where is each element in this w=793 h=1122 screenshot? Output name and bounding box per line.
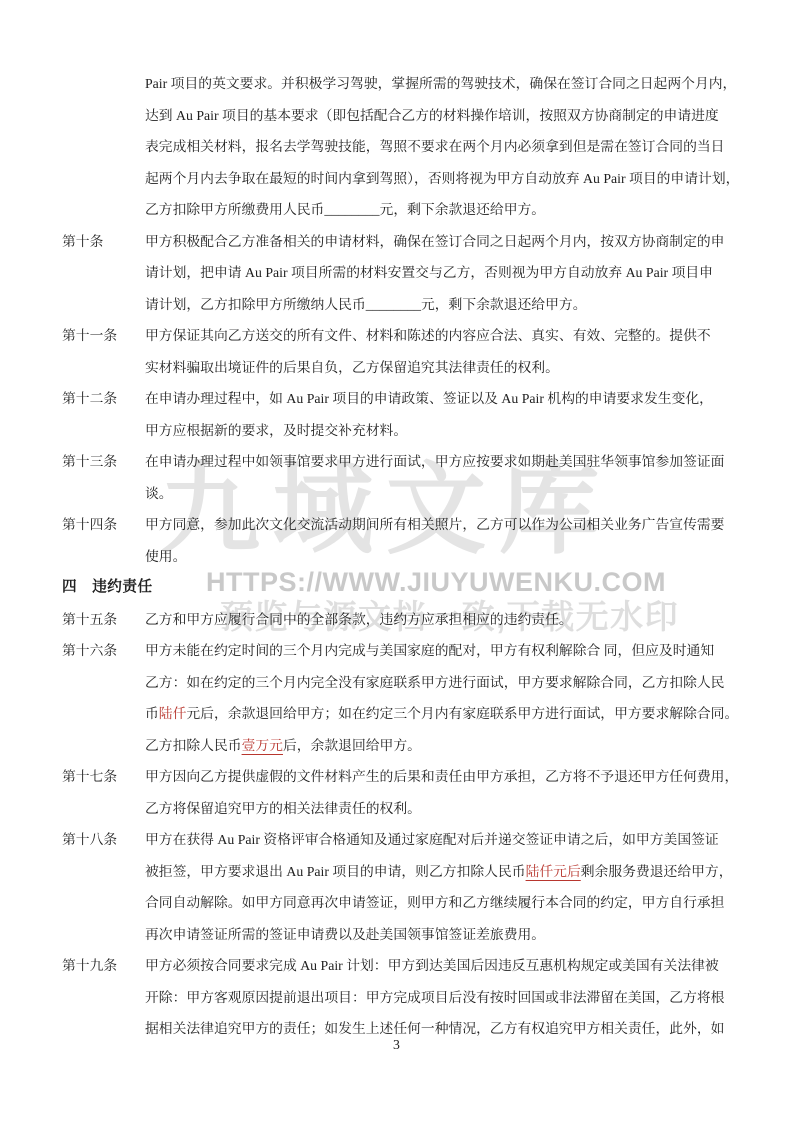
- text-segment: 表完成相关材料，报名去学驾驶技能，驾照不要求在两个月内必须拿到但是需在签订合同的…: [145, 139, 724, 154]
- clause-line: 再次申请签证所需的签证申请费以及赴美国领事馆签证差旅费用。: [145, 919, 752, 951]
- section-heading: 四 违约责任: [62, 572, 752, 604]
- text-segment: 在申请办理过程中，如 Au Pair 项目的申请政策、签证以及 Au Pair …: [145, 391, 713, 406]
- clause-line: 请计划，乙方扣除甲方所缴纳人民币________元，剩下余款退还给甲方。: [145, 289, 752, 321]
- clause-label: 第十九条: [62, 950, 145, 982]
- document-body: Pair 项目的英文要求。并积极学习驾驶，掌握所需的驾驶技术，确保在签订合同之日…: [62, 68, 752, 1045]
- clause-label: 第十四条: [62, 509, 145, 541]
- text-segment: 开除：甲方客观原因提前退出项目：甲方完成项目后没有按时回国或非法滞留在美国，乙方…: [145, 990, 724, 1005]
- clause-content: 在申请办理过程中如领事馆要求甲方进行面试，甲方应按要求如期赴美国驻华领事馆参加签…: [145, 446, 752, 509]
- blank-amount-field: ________: [366, 297, 421, 312]
- text-segment: 甲方在获得 Au Pair 资格评审合格通知及通过家庭配对后并递交签证申请之后，…: [145, 832, 719, 847]
- clause-line: 乙方扣除甲方所缴费用人民币________元，剩下余款退还给甲方。: [145, 194, 752, 226]
- text-segment: 元后，余款退回给甲方；如在约定三个月内有家庭联系甲方进行面试，甲方要求解除合同。: [186, 706, 738, 721]
- text-segment: 合同自动解除。如甲方同意再次申请签证，则甲方和乙方继续履行本合同的约定，甲方自行…: [145, 895, 724, 910]
- text-segment: 后，余款退回给甲方。: [283, 738, 421, 753]
- clause-line: 甲方在获得 Au Pair 资格评审合格通知及通过家庭配对后并递交签证申请之后，…: [145, 824, 752, 856]
- clause-line: 被拒签，甲方要求退出 Au Pair 项目的申请，则乙方扣除人民币陆仟元后剩余服…: [145, 856, 752, 888]
- clause-row: 第十一条甲方保证其向乙方送交的所有文件、材料和陈述的内容应合法、真实、有效、完整…: [62, 320, 752, 383]
- text-segment: 起两个月内去争取在最短的时间内拿到驾照），否则将视为甲方自动放弃 Au Pair…: [145, 171, 739, 186]
- text-segment: 元，剩下余款退还给甲方。: [421, 297, 587, 312]
- text-segment: 请计划，乙方扣除甲方所缴纳人民币: [145, 297, 366, 312]
- clause-row: 第十八条甲方在获得 Au Pair 资格评审合格通知及通过家庭配对后并递交签证申…: [62, 824, 752, 950]
- clause-content: 甲方必须按合同要求完成 Au Pair 计划：甲方到达美国后因违反互惠机构规定或…: [145, 950, 752, 1045]
- clause-label: 第十一条: [62, 320, 145, 352]
- text-segment: 甲方因向乙方提供虚假的文件材料产生的后果和责任由甲方承担，乙方将不予退还甲方任何…: [145, 769, 738, 784]
- clause-line: 请计划，把申请 Au Pair 项目所需的材料安置交与乙方，否则视为甲方自动放弃…: [145, 257, 752, 289]
- clause-label: 第十六条: [62, 635, 145, 667]
- clause-row: 第十七条甲方因向乙方提供虚假的文件材料产生的后果和责任由甲方承担，乙方将不予退还…: [62, 761, 752, 824]
- clause-line: 甲方保证其向乙方送交的所有文件、材料和陈述的内容应合法、真实、有效、完整的。提供…: [145, 320, 752, 352]
- clause-label: 第十三条: [62, 446, 145, 478]
- clause-label: 第十五条: [62, 604, 145, 636]
- text-segment: 据相关法律追究甲方的责任；如发生上述任何一种情况，乙方有权追究甲方相关责任，此外…: [145, 1021, 724, 1036]
- clause-line: 乙方将保留追究甲方的相关法律责任的权利。: [145, 793, 752, 825]
- text-segment: 请计划，把申请 Au Pair 项目所需的材料安置交与乙方，否则视为甲方自动放弃…: [145, 265, 713, 280]
- clause-row: 第十九条甲方必须按合同要求完成 Au Pair 计划：甲方到达美国后因违反互惠机…: [62, 950, 752, 1045]
- text-segment: 甲方应根据新的要求，及时提交补充材料。: [145, 423, 407, 438]
- clause-row: Pair 项目的英文要求。并积极学习驾驶，掌握所需的驾驶技术，确保在签订合同之日…: [62, 68, 752, 226]
- clause-content: 在申请办理过程中，如 Au Pair 项目的申请政策、签证以及 Au Pair …: [145, 383, 752, 446]
- clause-line: 达到 Au Pair 项目的基本要求（即包括配合乙方的材料操作培训，按照双方协商…: [145, 100, 752, 132]
- text-segment: 被拒签，甲方要求退出 Au Pair 项目的申请，则乙方扣除人民币: [145, 864, 526, 879]
- blank-amount-field: ________: [324, 202, 379, 217]
- clause-line: 使用。: [145, 541, 752, 573]
- clause-line: 甲方必须按合同要求完成 Au Pair 计划：甲方到达美国后因违反互惠机构规定或…: [145, 950, 752, 982]
- clause-row: 第十条甲方积极配合乙方准备相关的申请材料，确保在签订合同之日起两个月内，按双方协…: [62, 226, 752, 321]
- clause-line: 甲方未能在约定时间的三个月内完成与美国家庭的配对，甲方有权利解除合 同，但应及时…: [145, 635, 752, 667]
- text-segment: 乙方将保留追究甲方的相关法律责任的权利。: [145, 801, 421, 816]
- text-segment: 乙方扣除人民币: [145, 738, 242, 753]
- clause-line: 合同自动解除。如甲方同意再次申请签证，则甲方和乙方继续履行本合同的约定，甲方自行…: [145, 887, 752, 919]
- text-segment: 乙方扣除甲方所缴费用人民币: [145, 202, 324, 217]
- clause-line: 起两个月内去争取在最短的时间内拿到驾照），否则将视为甲方自动放弃 Au Pair…: [145, 163, 752, 195]
- clause-line: 甲方应根据新的要求，及时提交补充材料。: [145, 415, 752, 447]
- clause-label: 第十条: [62, 226, 145, 258]
- clause-line: 实材料骗取出境证件的后果自负，乙方保留追究其法律责任的权利。: [145, 352, 752, 384]
- text-segment: 币: [145, 706, 159, 721]
- clause-content: 甲方积极配合乙方准备相关的申请材料，确保在签订合同之日起两个月内，按双方协商制定…: [145, 226, 752, 321]
- document-page: 九域文库 HTTPS://WWW.JIUYUWENKU.COM 预览与源文档一致…: [0, 0, 793, 1122]
- clause-row: 第十四条甲方同意，参加此次文化交流活动期间所有相关照片，乙方可以作为公司相关业务…: [62, 509, 752, 572]
- text-segment: 使用。: [145, 549, 186, 564]
- clause-content: 甲方未能在约定时间的三个月内完成与美国家庭的配对，甲方有权利解除合 同，但应及时…: [145, 635, 752, 761]
- clause-content: 甲方在获得 Au Pair 资格评审合格通知及通过家庭配对后并递交签证申请之后，…: [145, 824, 752, 950]
- text-segment: 甲方未能在约定时间的三个月内完成与美国家庭的配对，甲方有权利解除合 同，但应及时…: [145, 643, 714, 658]
- text-segment: 甲方保证其向乙方送交的所有文件、材料和陈述的内容应合法、真实、有效、完整的。提供…: [145, 328, 711, 343]
- clause-content: 乙方和甲方应履行合同中的全部条款，违约方应承担相应的违约责任。: [145, 604, 752, 636]
- text-segment: 实材料骗取出境证件的后果自负，乙方保留追究其法律责任的权利。: [145, 360, 559, 375]
- clause-line: 表完成相关材料，报名去学驾驶技能，驾照不要求在两个月内必须拿到但是需在签订合同的…: [145, 131, 752, 163]
- amount-red-text: 陆仟: [159, 706, 187, 721]
- text-segment: 剩余服务费退还给甲方，: [581, 864, 733, 879]
- clause-content: 甲方保证其向乙方送交的所有文件、材料和陈述的内容应合法、真实、有效、完整的。提供…: [145, 320, 752, 383]
- text-segment: 元，剩下余款退还给甲方。: [380, 202, 546, 217]
- clause-line: 甲方因向乙方提供虚假的文件材料产生的后果和责任由甲方承担，乙方将不予退还甲方任何…: [145, 761, 752, 793]
- clause-line: 开除：甲方客观原因提前退出项目：甲方完成项目后没有按时回国或非法滞留在美国，乙方…: [145, 982, 752, 1014]
- clause-line: 乙方扣除人民币壹万元后，余款退回给甲方。: [145, 730, 752, 762]
- clause-label: 第十七条: [62, 761, 145, 793]
- text-segment: 在申请办理过程中如领事馆要求甲方进行面试，甲方应按要求如期赴美国驻华领事馆参加签…: [145, 454, 724, 469]
- clause-line: 甲方同意，参加此次文化交流活动期间所有相关照片，乙方可以作为公司相关业务广告宣传…: [145, 509, 752, 541]
- text-segment: 乙方和甲方应履行合同中的全部条款，违约方应承担相应的违约责任。: [145, 612, 573, 627]
- clause-content: 甲方因向乙方提供虚假的文件材料产生的后果和责任由甲方承担，乙方将不予退还甲方任何…: [145, 761, 752, 824]
- text-segment: 谈。: [145, 486, 173, 501]
- clause-row: 第十五条乙方和甲方应履行合同中的全部条款，违约方应承担相应的违约责任。: [62, 604, 752, 636]
- text-segment: 达到 Au Pair 项目的基本要求（即包括配合乙方的材料操作培训，按照双方协商…: [145, 108, 719, 123]
- clause-row: 第十六条甲方未能在约定时间的三个月内完成与美国家庭的配对，甲方有权利解除合 同，…: [62, 635, 752, 761]
- text-segment: 甲方积极配合乙方准备相关的申请材料，确保在签订合同之日起两个月内，按双方协商制定…: [145, 234, 724, 249]
- clause-content: Pair 项目的英文要求。并积极学习驾驶，掌握所需的驾驶技术，确保在签订合同之日…: [145, 68, 752, 226]
- clause-label: [62, 68, 145, 100]
- text-segment: 甲方同意，参加此次文化交流活动期间所有相关照片，乙方可以作为公司相关业务广告宣传…: [145, 517, 724, 532]
- clause-content: 甲方同意，参加此次文化交流活动期间所有相关照片，乙方可以作为公司相关业务广告宣传…: [145, 509, 752, 572]
- text-segment: 再次申请签证所需的签证申请费以及赴美国领事馆签证差旅费用。: [145, 927, 545, 942]
- text-segment: 甲方必须按合同要求完成 Au Pair 计划：甲方到达美国后因违反互惠机构规定或…: [145, 958, 719, 973]
- text-segment: 乙方：如在约定的三个月内完全没有家庭联系甲方进行面试，甲方要求解除合同，乙方扣除…: [145, 675, 724, 690]
- clause-line: Pair 项目的英文要求。并积极学习驾驶，掌握所需的驾驶技术，确保在签订合同之日…: [145, 68, 752, 100]
- clause-row: 第十二条在申请办理过程中，如 Au Pair 项目的申请政策、签证以及 Au P…: [62, 383, 752, 446]
- clause-line: 甲方积极配合乙方准备相关的申请材料，确保在签订合同之日起两个月内，按双方协商制定…: [145, 226, 752, 258]
- clause-line: 乙方：如在约定的三个月内完全没有家庭联系甲方进行面试，甲方要求解除合同，乙方扣除…: [145, 667, 752, 699]
- amount-red-text: 陆仟元后: [526, 864, 581, 879]
- clause-row: 第十三条在申请办理过程中如领事馆要求甲方进行面试，甲方应按要求如期赴美国驻华领事…: [62, 446, 752, 509]
- clause-line: 乙方和甲方应履行合同中的全部条款，违约方应承担相应的违约责任。: [145, 604, 752, 636]
- clause-label: 第十八条: [62, 824, 145, 856]
- clause-label: 第十二条: [62, 383, 145, 415]
- amount-red-text: 壹万元: [242, 738, 283, 753]
- text-segment: Pair 项目的英文要求。并积极学习驾驶，掌握所需的驾驶技术，确保在签订合同之日…: [145, 76, 736, 91]
- clause-line: 在申请办理过程中如领事馆要求甲方进行面试，甲方应按要求如期赴美国驻华领事馆参加签…: [145, 446, 752, 478]
- clause-line: 谈。: [145, 478, 752, 510]
- page-number: 3: [0, 1037, 793, 1053]
- clause-line: 在申请办理过程中，如 Au Pair 项目的申请政策、签证以及 Au Pair …: [145, 383, 752, 415]
- clause-line: 币陆仟元后，余款退回给甲方；如在约定三个月内有家庭联系甲方进行面试，甲方要求解除…: [145, 698, 752, 730]
